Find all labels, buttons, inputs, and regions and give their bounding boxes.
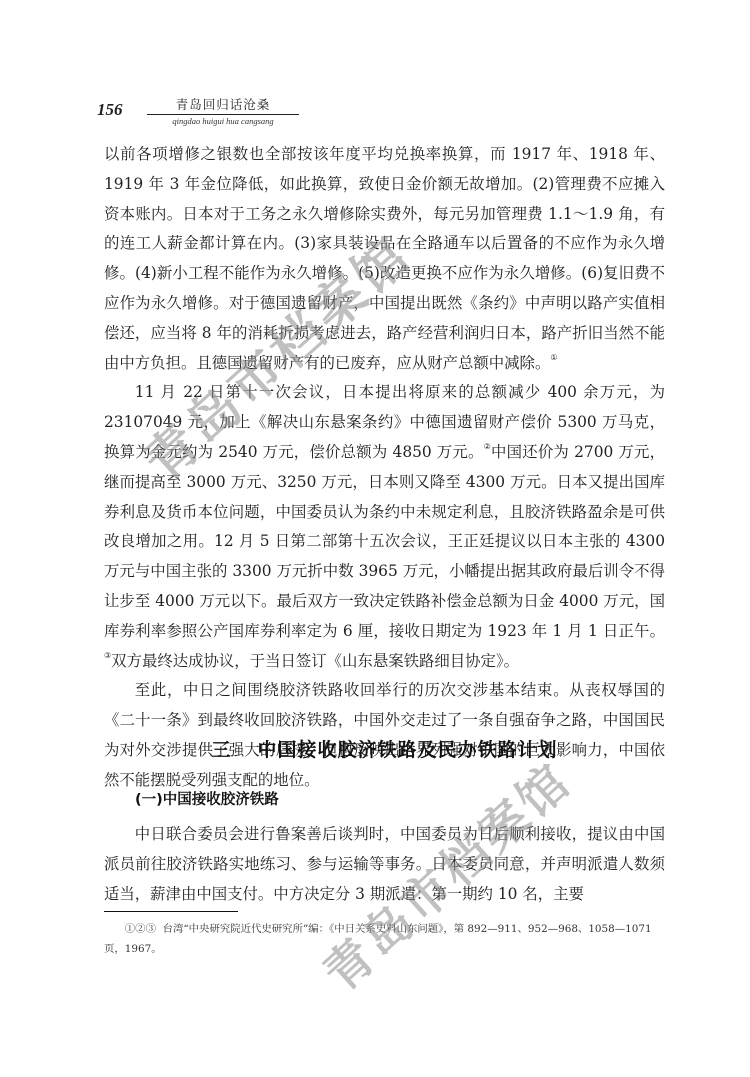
section-title: 中国接收胶济铁路及民办铁路计划	[258, 739, 558, 761]
paragraph-1-text: 以前各项增修之银数也全部按该年度平均兑换率换算，而 1917 年、1918 年、…	[104, 145, 665, 372]
section-number: 三	[211, 739, 231, 761]
footnote-divider	[104, 911, 238, 912]
document-page: 156 青岛回归话沧桑 qingdao huigui hua cangsang …	[0, 0, 750, 1077]
footnote-ref-2[interactable]: ②	[484, 442, 491, 451]
paragraph-4: 中日联合委员会进行鲁案善后谈判时，中国委员为日后顺利接收，提议由中国派员前往胶济…	[104, 820, 665, 909]
subsection-heading: (一)中国接收胶济铁路	[135, 788, 279, 809]
page-number: 156	[97, 100, 123, 120]
paragraph-2-text-c: 双方最终达成协议，于当日签订《山东悬案铁路细目协定》。	[111, 652, 519, 670]
book-title-block: 青岛回归话沧桑 qingdao huigui hua cangsang	[147, 98, 299, 127]
footnote-markers: ①②③	[125, 923, 156, 935]
section-heading: 三中国接收胶济铁路及民办铁路计划	[104, 735, 665, 762]
book-title-pinyin: qingdao huigui hua cangsang	[147, 115, 299, 127]
footnote-ref-1[interactable]: ①	[550, 353, 557, 362]
body-text-block: 以前各项增修之银数也全部按该年度平均兑换率换算，而 1917 年、1918 年、…	[104, 140, 665, 796]
footnote: ①②③ 台湾“中央研究院近代史研究所”编：《中日关系史料山东问题》，第 892—…	[104, 919, 665, 959]
paragraph-1: 以前各项增修之银数也全部按该年度平均兑换率换算，而 1917 年、1918 年、…	[104, 140, 665, 378]
footnote-text: 台湾“中央研究院近代史研究所”编：《中日关系史料山东问题》，第 892—911、…	[104, 923, 652, 955]
running-header: 156 青岛回归话沧桑 qingdao huigui hua cangsang	[97, 98, 307, 138]
book-title: 青岛回归话沧桑	[147, 98, 299, 115]
paragraph-2-text-b: 中国还价为 2700 万元，继而提高至 3000 万元、3250 万元，日本则又…	[104, 443, 665, 640]
paragraph-2: 11 月 22 日第十一次会议，日本提出将原来的总额减少 400 余万元，为 2…	[104, 378, 665, 676]
body-text-block-2: 中日联合委员会进行鲁案善后谈判时，中国委员为日后顺利接收，提议由中国派员前往胶济…	[104, 820, 665, 909]
